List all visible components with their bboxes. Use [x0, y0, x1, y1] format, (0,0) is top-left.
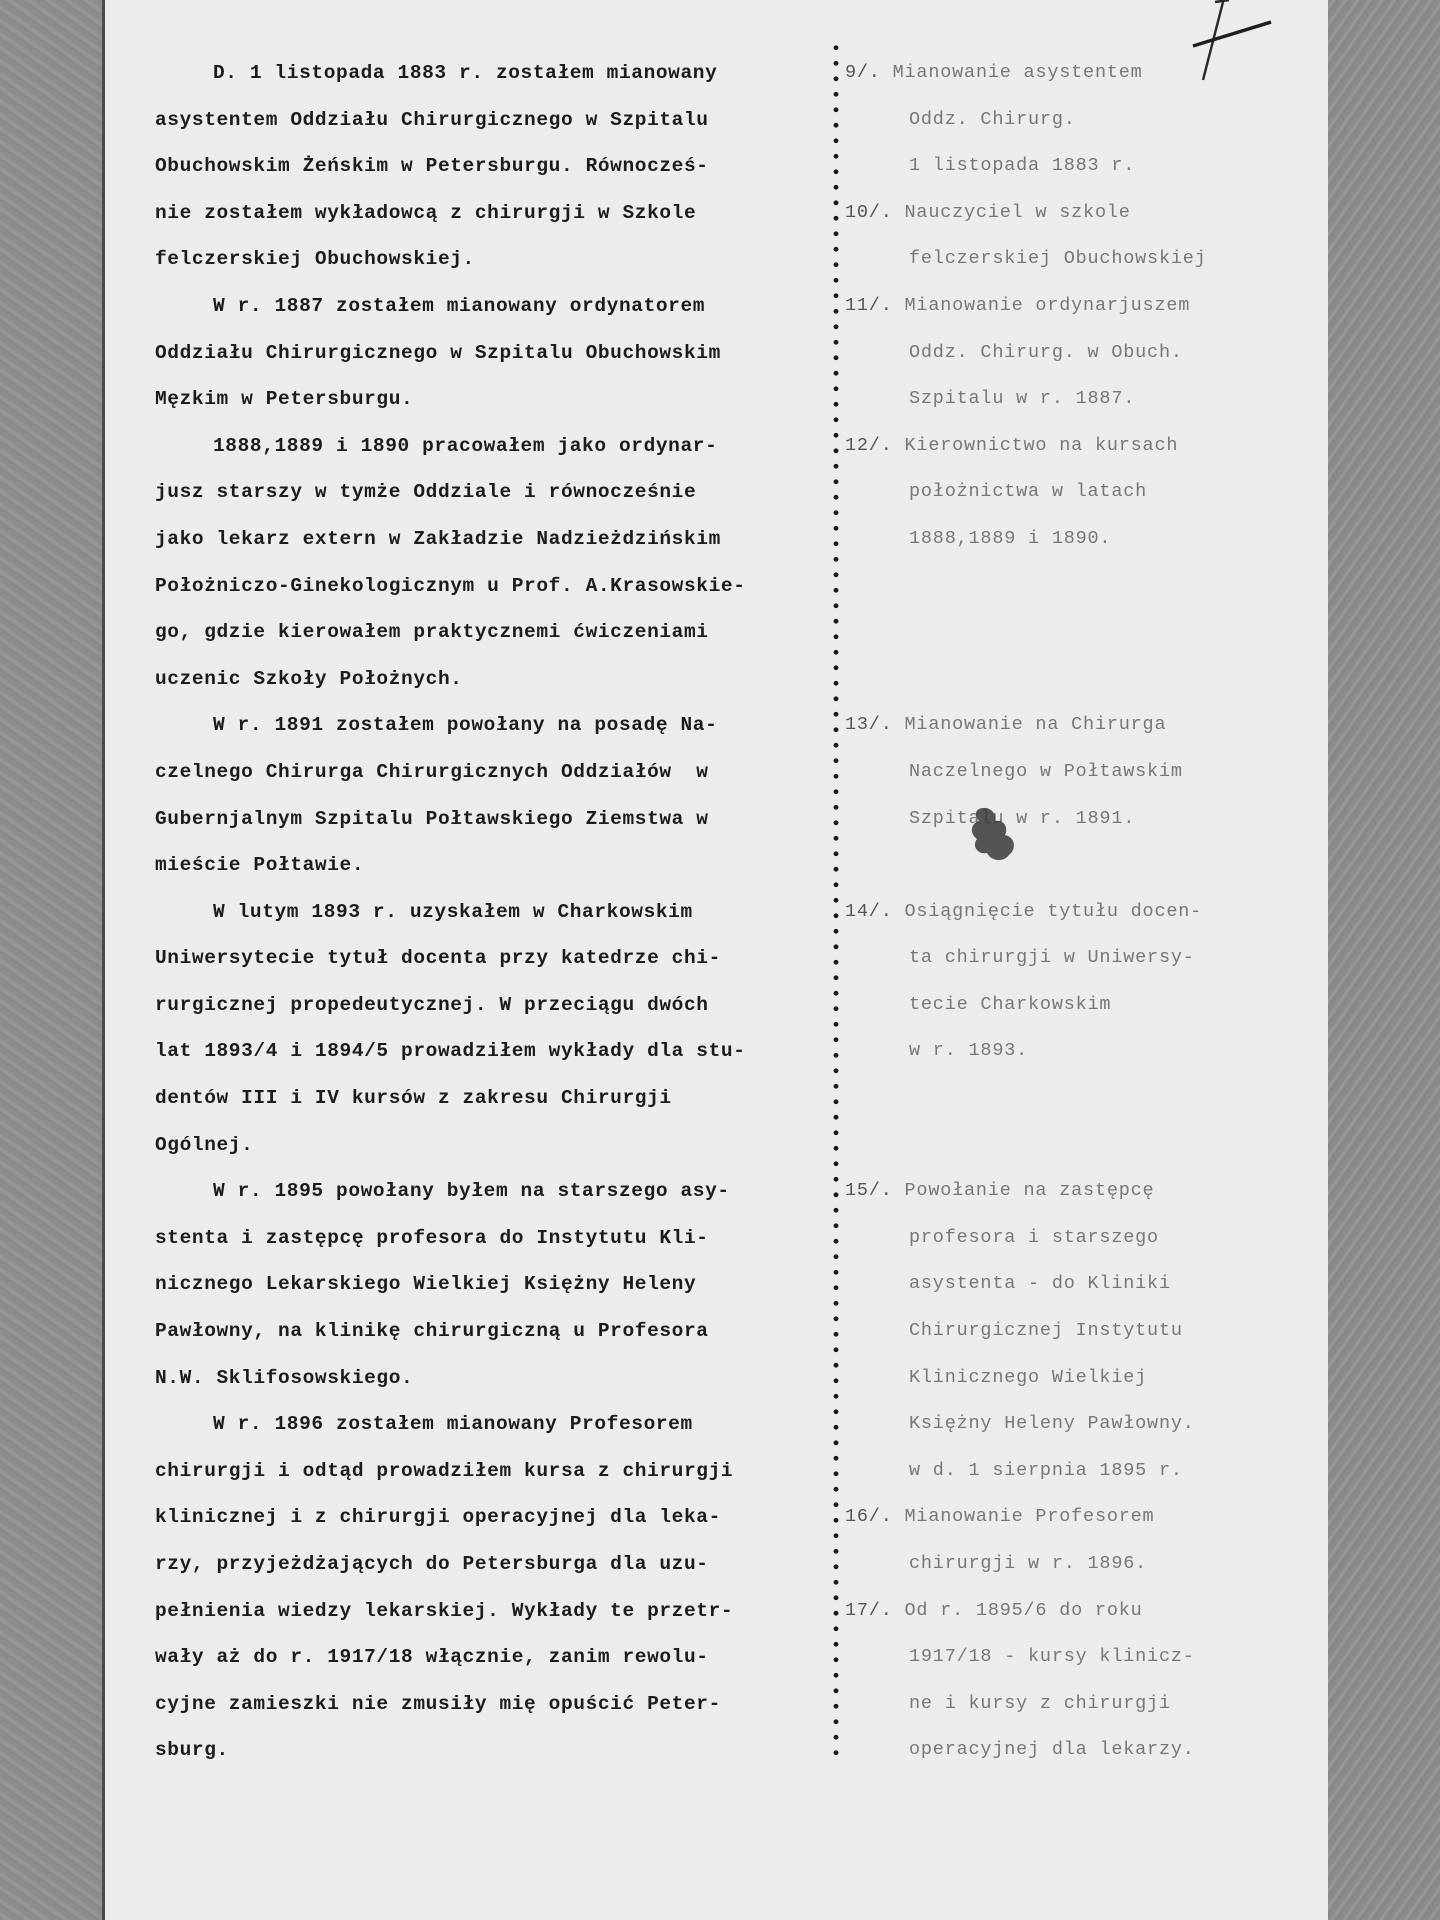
summary-item-continuation — [845, 656, 1325, 703]
narrative-line: wały aż do r. 1917/18 włącznie, zanim re… — [155, 1634, 855, 1681]
item-text: Od r. 1895/6 do roku — [905, 1600, 1143, 1621]
ink-blot — [967, 805, 1021, 865]
summary-item: 14/. Osiągnięcie tytułu docen- — [845, 889, 1325, 936]
item-text: 1 listopada 1883 r. — [909, 155, 1135, 176]
narrative-line: go, gdzie kierowałem praktycznemi ćwicze… — [155, 609, 855, 656]
item-text: 1917/18 - kursy klinicz- — [909, 1646, 1195, 1667]
narrative-column: D. 1 listopada 1883 r. zostałem mianowan… — [155, 50, 855, 1774]
item-text: Mianowanie Profesorem — [905, 1506, 1155, 1527]
item-text: położnictwa w latach — [909, 481, 1147, 502]
item-text: felczerskiej Obuchowskiej — [909, 248, 1207, 269]
summary-item-continuation: 1 listopada 1883 r. — [845, 143, 1325, 190]
narrative-line: chirurgji i odtąd prowadziłem kursa z ch… — [155, 1448, 855, 1495]
summary-item-continuation: 1917/18 - kursy klinicz- — [845, 1634, 1325, 1681]
item-number: 9/. — [845, 62, 881, 83]
item-number: 13/. — [845, 714, 893, 735]
narrative-line: sburg. — [155, 1727, 855, 1774]
summary-item-continuation: profesora i starszego — [845, 1215, 1325, 1262]
summary-item-continuation: Naczelnego w Połtawskim — [845, 749, 1325, 796]
item-text: chirurgji w r. 1896. — [909, 1553, 1147, 1574]
item-text: Szpitalu w r. 1891. — [909, 808, 1135, 829]
narrative-line: Uniwersytecie tytuł docenta przy katedrz… — [155, 935, 855, 982]
narrative-line: W r. 1896 zostałem mianowany Profesorem — [155, 1401, 855, 1448]
narrative-line: N.W. Sklifosowskiego. — [155, 1355, 855, 1402]
item-text: w r. 1893. — [909, 1040, 1028, 1061]
summary-item-continuation — [845, 563, 1325, 610]
narrative-line: W lutym 1893 r. uzyskałem w Charkowskim — [155, 889, 855, 936]
narrative-line: rzy, przyjeżdżających do Petersburga dla… — [155, 1541, 855, 1588]
item-text: Oddz. Chirurg. — [909, 109, 1076, 130]
narrative-line: lat 1893/4 i 1894/5 prowadziłem wykłady … — [155, 1028, 855, 1075]
summary-item-continuation: asystenta - do Kliniki — [845, 1261, 1325, 1308]
narrative-line: Pawłowny, na klinikę chirurgiczną u Prof… — [155, 1308, 855, 1355]
summary-item-continuation: położnictwa w latach — [845, 469, 1325, 516]
summary-item: 10/. Nauczyciel w szkole — [845, 190, 1325, 237]
item-text: Klinicznego Wielkiej — [909, 1367, 1147, 1388]
narrative-line: W r. 1895 powołany byłem na starszego as… — [155, 1168, 855, 1215]
summary-item-continuation: ta chirurgji w Uniwersy- — [845, 935, 1325, 982]
narrative-line: rurgicznej propedeutycznej. W przeciągu … — [155, 982, 855, 1029]
summary-item-continuation: Oddz. Chirurg. — [845, 97, 1325, 144]
narrative-line: stenta i zastępcę profesora do Instytutu… — [155, 1215, 855, 1262]
item-text: Mianowanie na Chirurga — [905, 714, 1167, 735]
item-text: Szpitalu w r. 1887. — [909, 388, 1135, 409]
item-text: Naczelnego w Połtawskim — [909, 761, 1183, 782]
summary-item-continuation: Księżny Heleny Pawłowny. — [845, 1401, 1325, 1448]
summary-item-continuation: Klinicznego Wielkiej — [845, 1355, 1325, 1402]
narrative-line: 1888,1889 i 1890 pracowałem jako ordynar… — [155, 423, 855, 470]
summary-item: 11/. Mianowanie ordynarjuszem — [845, 283, 1325, 330]
background-left-margin — [0, 0, 102, 1920]
narrative-line: Ogólnej. — [155, 1122, 855, 1169]
item-text: Oddz. Chirurg. w Obuch. — [909, 342, 1183, 363]
summary-item-continuation — [845, 1075, 1325, 1122]
narrative-line: asystentem Oddziału Chirurgicznego w Szp… — [155, 97, 855, 144]
summary-item: 17/. Od r. 1895/6 do roku — [845, 1588, 1325, 1635]
item-text: ne i kursy z chirurgji — [909, 1693, 1171, 1714]
summary-item-continuation: ne i kursy z chirurgji — [845, 1681, 1325, 1728]
narrative-line: Obuchowskim Żeńskim w Petersburgu. Równo… — [155, 143, 855, 190]
narrative-line: pełnienia wiedzy lekarskiej. Wykłady te … — [155, 1588, 855, 1635]
item-text: Chirurgicznej Instytutu — [909, 1320, 1183, 1341]
summary-item-continuation: Szpitalu w r. 1891. — [845, 796, 1325, 843]
summary-item-continuation: w r. 1893. — [845, 1028, 1325, 1075]
summary-item-continuation — [845, 1122, 1325, 1169]
summary-item: 15/. Powołanie na zastępcę — [845, 1168, 1325, 1215]
item-text: Kierownictwo na kursach — [905, 435, 1179, 456]
item-number: 11/. — [845, 295, 893, 316]
narrative-line: W r. 1891 zostałem powołany na posadę Na… — [155, 702, 855, 749]
item-text: Powołanie na zastępcę — [905, 1180, 1155, 1201]
summary-item-continuation: Oddz. Chirurg. w Obuch. — [845, 330, 1325, 377]
item-text: w d. 1 sierpnia 1895 r. — [909, 1460, 1183, 1481]
item-text: Mianowanie asystentem — [893, 62, 1143, 83]
summary-item-continuation — [845, 609, 1325, 656]
narrative-line: Gubernjalnym Szpitalu Połtawskiego Ziems… — [155, 796, 855, 843]
summary-item-continuation: Chirurgicznej Instytutu — [845, 1308, 1325, 1355]
narrative-line: nicznego Lekarskiego Wielkiej Księżny He… — [155, 1261, 855, 1308]
typewritten-page: D. 1 listopada 1883 r. zostałem mianowan… — [102, 0, 1328, 1920]
background-right-margin — [1328, 0, 1440, 1920]
summary-item: 12/. Kierownictwo na kursach — [845, 423, 1325, 470]
summary-item: 13/. Mianowanie na Chirurga — [845, 702, 1325, 749]
summary-column: 9/. Mianowanie asystentemOddz. Chirurg.1… — [845, 50, 1325, 1774]
narrative-line: mieście Połtawie. — [155, 842, 855, 889]
narrative-line: uczenic Szkoły Położnych. — [155, 656, 855, 703]
summary-item-continuation — [845, 842, 1325, 889]
summary-item: 16/. Mianowanie Profesorem — [845, 1494, 1325, 1541]
item-number: 17/. — [845, 1600, 893, 1621]
narrative-line: Męzkim w Petersburgu. — [155, 376, 855, 423]
narrative-line: nie zostałem wykładowcą z chirurgji w Sz… — [155, 190, 855, 237]
narrative-line: jako lekarz extern w Zakładzie Nadzieżdz… — [155, 516, 855, 563]
narrative-line: W r. 1887 zostałem mianowany ordynatorem — [155, 283, 855, 330]
summary-item-continuation: 1888,1889 i 1890. — [845, 516, 1325, 563]
narrative-line: jusz starszy w tymże Oddziale i równocze… — [155, 469, 855, 516]
dotted-column-divider — [833, 40, 839, 1760]
item-number: 12/. — [845, 435, 893, 456]
item-number: 14/. — [845, 901, 893, 922]
summary-item: 9/. Mianowanie asystentem — [845, 50, 1325, 97]
item-text: Osiągnięcie tytułu docen- — [905, 901, 1203, 922]
item-number: 15/. — [845, 1180, 893, 1201]
narrative-line: felczerskiej Obuchowskiej. — [155, 236, 855, 283]
summary-item-continuation: tecie Charkowskim — [845, 982, 1325, 1029]
summary-item-continuation: Szpitalu w r. 1887. — [845, 376, 1325, 423]
item-text: tecie Charkowskim — [909, 994, 1111, 1015]
summary-item-continuation: felczerskiej Obuchowskiej — [845, 236, 1325, 283]
item-number: 16/. — [845, 1506, 893, 1527]
item-text: ta chirurgji w Uniwersy- — [909, 947, 1195, 968]
item-text: asystenta - do Kliniki — [909, 1273, 1171, 1294]
narrative-line: cyjne zamieszki nie zmusiły mię opuścić … — [155, 1681, 855, 1728]
item-text: operacyjnej dla lekarzy. — [909, 1739, 1195, 1760]
narrative-line: Położniczo-Ginekologicznym u Prof. A.Kra… — [155, 563, 855, 610]
item-text: Nauczyciel w szkole — [905, 202, 1131, 223]
narrative-line: dentów III i IV kursów z zakresu Chirurg… — [155, 1075, 855, 1122]
item-text: 1888,1889 i 1890. — [909, 528, 1111, 549]
item-number: 10/. — [845, 202, 893, 223]
summary-item-continuation: operacyjnej dla lekarzy. — [845, 1727, 1325, 1774]
narrative-line: klinicznej i z chirurgji operacyjnej dla… — [155, 1494, 855, 1541]
narrative-line: D. 1 listopada 1883 r. zostałem mianowan… — [155, 50, 855, 97]
item-text: Księżny Heleny Pawłowny. — [909, 1413, 1195, 1434]
item-text: Mianowanie ordynarjuszem — [905, 295, 1191, 316]
summary-item-continuation: w d. 1 sierpnia 1895 r. — [845, 1448, 1325, 1495]
item-text: profesora i starszego — [909, 1227, 1159, 1248]
summary-item-continuation: chirurgji w r. 1896. — [845, 1541, 1325, 1588]
narrative-line: Oddziału Chirurgicznego w Szpitalu Obuch… — [155, 330, 855, 377]
narrative-line: czelnego Chirurga Chirurgicznych Oddział… — [155, 749, 855, 796]
